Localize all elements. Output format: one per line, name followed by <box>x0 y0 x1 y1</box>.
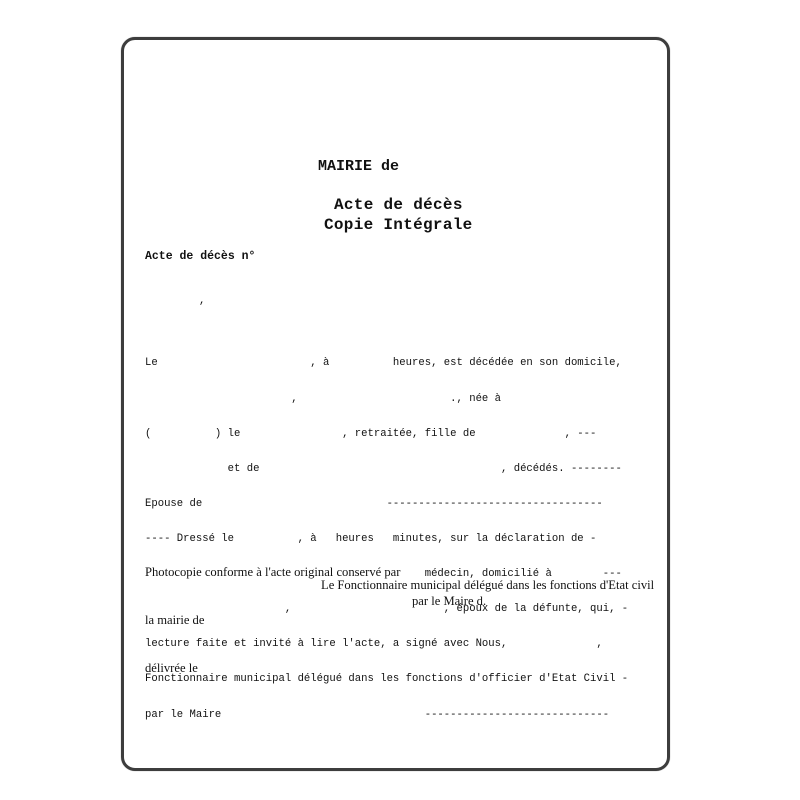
signature-line-1: Le Fonctionnaire municipal délégué dans … <box>321 577 654 593</box>
certification-block: Photocopie conforme à l'acte original co… <box>145 532 400 692</box>
body-line: Epouse de ------------------------------… <box>145 499 628 511</box>
body-line: ( ) le , retraitée, fille de , --- <box>145 429 628 441</box>
certification-line: la mairie de <box>145 612 400 628</box>
stray-comma: , <box>199 296 205 308</box>
body-line: , ., née à <box>145 394 628 406</box>
certification-line: délivrée le <box>145 660 400 676</box>
document-subtitle: Copie Intégrale <box>324 216 473 234</box>
body-line: et de , décédés. -------- <box>145 464 628 476</box>
document-title: Acte de décès <box>334 196 463 214</box>
act-number-label: Acte de décès n° <box>145 250 255 263</box>
mairie-header: MAIRIE de <box>318 158 399 175</box>
body-line: Le , à heures, est décédée en son domici… <box>145 358 628 370</box>
signature-line-2: par le Maire d. <box>412 593 486 609</box>
body-line: par le Maire ---------------------------… <box>145 710 628 722</box>
